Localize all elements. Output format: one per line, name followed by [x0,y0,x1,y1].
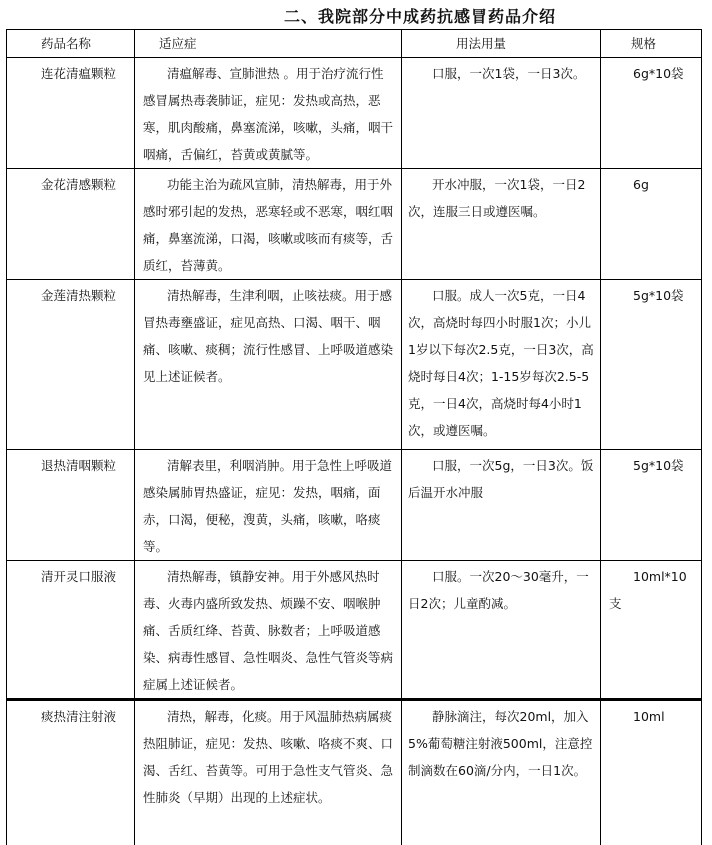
drug-name-cell: 金花清感颗粒 [7,169,135,280]
usage-cell: 口服，一次5g，一日3次。饭后温开水冲服 [402,450,601,561]
drug-name-cell: 退热清咽颗粒 [7,450,135,561]
drug-name-cell: 痰热清注射液 [7,700,135,845]
indication-cell: 清热，解毒，化痰。用于风温肺热病属痰热阻肺证，症见：发热、咳嗽、咯痰不爽、口渴、… [135,700,402,845]
indication-cell: 清热解毒，生津利咽，止咳祛痰。用于感冒热毒壅盛证，症见高热、口渴、咽干、咽痛、咳… [135,280,402,450]
table-header-row: 药品名称 适应症 用法用量 规格 [7,30,702,58]
spec-cell: 6g*10袋 [601,58,702,169]
usage-cell: 口服。一次20～30毫升，一日2次；儿童酌减。 [402,561,601,700]
table-row: 清开灵口服液 清热解毒，镇静安神。用于外感风热时毒、火毒内盛所致发热、烦躁不安、… [7,561,702,700]
header-usage: 用法用量 [402,30,601,58]
spec-cell: 10ml*10支 [601,561,702,700]
drug-name-cell: 清开灵口服液 [7,561,135,700]
indication-cell: 清热解毒，镇静安神。用于外感风热时毒、火毒内盛所致发热、烦躁不安、咽喉肿痛、舌质… [135,561,402,700]
usage-cell: 开水冲服，一次1袋，一日2次，连服三日或遵医嘱。 [402,169,601,280]
table-row: 金莲清热颗粒 清热解毒，生津利咽，止咳祛痰。用于感冒热毒壅盛证，症见高热、口渴、… [7,280,702,450]
usage-cell: 静脉滴注，每次20ml，加入5%葡萄糖注射液500ml，注意控制滴数在60滴/分… [402,700,601,845]
header-drug-name: 药品名称 [7,30,135,58]
header-indication: 适应症 [135,30,402,58]
usage-cell: 口服，一次1袋，一日3次。 [402,58,601,169]
drug-name-cell: 金莲清热颗粒 [7,280,135,450]
document-title: 二、我院部分中成药抗感冒药品介绍 [0,4,712,27]
table-row: 痰热清注射液 清热，解毒，化痰。用于风温肺热病属痰热阻肺证，症见：发热、咳嗽、咯… [7,700,702,845]
table-row: 连花清瘟颗粒 清瘟解毒、宣肺泄热 。用于治疗流行性感冒属热毒袭肺证，症见：发热或… [7,58,702,169]
drug-name-cell: 连花清瘟颗粒 [7,58,135,169]
header-spec: 规格 [601,30,702,58]
spec-cell: 5g*10袋 [601,450,702,561]
spec-cell: 6g [601,169,702,280]
indication-cell: 清瘟解毒、宣肺泄热 。用于治疗流行性感冒属热毒袭肺证，症见：发热或高热，恶寒，肌… [135,58,402,169]
spec-cell: 5g*10袋 [601,280,702,450]
drug-table: 药品名称 适应症 用法用量 规格 连花清瘟颗粒 清瘟解毒、宣肺泄热 。用于治疗流… [6,29,702,845]
indication-cell: 清解表里，利咽消肿。用于急性上呼吸道感染属肺胃热盛证，症见：发热，咽痛，面赤，口… [135,450,402,561]
usage-cell: 口服。成人一次5克，一日4次，高烧时每四小时服1次；小儿1岁以下每次2.5克，一… [402,280,601,450]
spec-cell: 10ml [601,700,702,845]
table-row: 退热清咽颗粒 清解表里，利咽消肿。用于急性上呼吸道感染属肺胃热盛证，症见：发热，… [7,450,702,561]
indication-cell: 功能主治为疏风宣肺，清热解毒，用于外感时邪引起的发热，恶寒轻或不恶寒，咽红咽痛，… [135,169,402,280]
table-row: 金花清感颗粒 功能主治为疏风宣肺，清热解毒，用于外感时邪引起的发热，恶寒轻或不恶… [7,169,702,280]
